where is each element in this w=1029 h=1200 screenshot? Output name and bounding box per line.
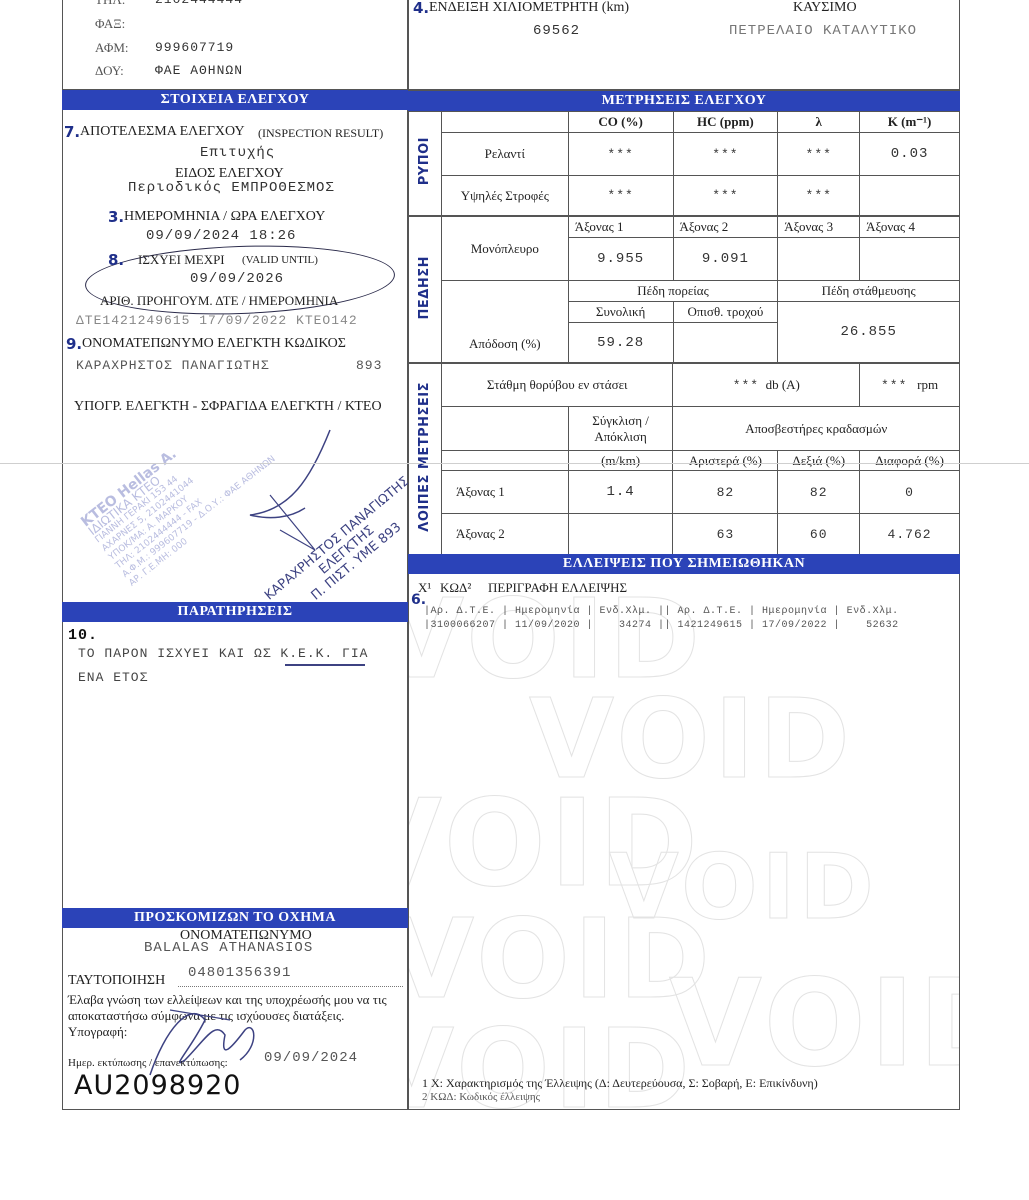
parking-efficiency: 26.855 [778,302,960,363]
odometer-value: 69562 [533,23,580,39]
odometer-label: ΕΝΔΕΙΞΗ ΧΙΛΙΟΜΕΤΡΗΤΗ (km) [429,0,629,16]
high-co: *** [568,176,673,216]
valid-label: ΙΣΧΥΕΙ ΜΕΧΡΙ [138,252,225,268]
total-label: Συνολική [568,302,673,323]
other-measurements-table: ΛΟΙΠΕΣ ΜΕΤΡΗΣΕΙΣ Στάθμη θορύβου εν στάσε… [408,363,960,555]
remarks-line-1: ΤΟ ΠΑΡΟΝ ΙΣΧΥΕΙ ΚΑΙ ΩΣ Κ.Ε.Κ. ΓΙΑ [78,646,368,661]
result-value: Επιτυχής [200,145,275,161]
previous-inspection-label: ΑΡΙΘ. ΠΡΟΗΓΟΥΜ. ΔΤΕ / ΗΜΕΡΟΜΗΝΙΑ [100,293,338,309]
doy-label: ΔΟΥ: [95,63,124,79]
noise-db: *** db (A) [673,364,860,407]
axle-1-alignment: 1.4 [568,471,673,514]
remarks-number: 10. [68,627,98,644]
idle-co: *** [568,133,673,176]
print-date-value: 09/09/2024 [264,1050,358,1066]
single-side-axle-2: 9.091 [673,238,778,281]
serial-number: AU2098920 [74,1070,241,1101]
row-idle-label: Ρελαντί [441,133,568,176]
braking-side-label: ΠΕΔΗΣΗ [409,217,442,363]
result-number: 7. [64,123,80,141]
axle-3-header: Άξονας 3 [778,217,860,238]
presenter-id-value: 04801356391 [188,965,291,981]
inspector-name: ΚΑΡΑΧΡΗΣΤΟΣ ΠΑΝΑΓΙΩΤΗΣ [76,358,270,373]
history-header-row: |Αρ. Δ.Τ.Ε. | Ημερομηνία | Ενδ.Χλμ. || Α… [424,606,899,617]
remarks-header: ΠΑΡΑΤΗΡΗΣΕΙΣ [62,602,408,622]
emissions-table: ΡΥΠΟΙ CO (%) HC (ppm) λ K (m⁻¹) Ρελαντί … [408,111,960,216]
previous-inspection-value: ΔΤΕ1421249615 17/09/2022 ΚΤΕΟ142 [76,313,406,328]
shock-absorbers-label: Αποσβεστήρες κραδασμών [673,407,960,451]
inspector-signature [230,420,350,560]
service-efficiency-total: 59.28 [568,323,673,363]
axle-2-alignment [568,514,673,555]
service-efficiency-rear [673,323,778,363]
odometer-number: 4. [413,0,429,17]
noise-rpm: *** rpm [860,364,960,407]
id-dotted-line [178,986,403,987]
axle-1-shock-diff: 0 [860,471,960,514]
noise-label: Στάθμη θορύβου εν στάσει [441,364,673,407]
single-side-axle-3 [778,238,860,281]
footnote-2: 2 ΚΩΔ: Κωδικός έλλειψης [422,1091,540,1103]
datetime-label: ΗΜΕΡΟΜΗΝΙΑ / ΩΡΑ ΕΛΕΓΧΟΥ [124,209,325,225]
idle-k: 0.03 [860,133,960,176]
result-label: ΑΠΟΤΕΛΕΣΜΑ ΕΛΕΓΧΟΥ [80,124,245,140]
valid-label-en: (VALID UNTIL) [242,254,318,266]
axle-2-shock-diff: 4.762 [860,514,960,555]
row-high-rpm-label: Υψηλές Στροφές [441,176,568,216]
high-k [860,176,960,216]
axle-1-header: Άξονας 1 [568,217,673,238]
axle-1-label: Άξονας 1 [441,471,568,514]
idle-lambda: *** [778,133,860,176]
datetime-value: 09/09/2024 18:26 [146,228,296,244]
axle-2-header: Άξονας 2 [673,217,778,238]
defect-col-code: ΚΩΔ² [440,580,471,596]
inspection-type-value: Περιοδικός ΕΜΠΡΟΘΕΣΜΟΣ [128,180,335,196]
col-co: CO (%) [568,112,673,133]
fold-line [0,463,1029,464]
other-side-label: ΛΟΙΠΕΣ ΜΕΤΡΗΣΕΙΣ [409,364,442,555]
axle-1-shock-right: 82 [778,471,860,514]
result-label-en: (INSPECTION RESULT) [258,126,383,141]
phone-value: 2102444444 [155,0,243,7]
shock-right-header: Δεξιά (%) [778,451,860,471]
axle-2-shock-left: 63 [673,514,778,555]
parking-brake-label: Πέδη στάθμευσης [778,281,960,302]
col-k: K (m⁻¹) [860,112,960,133]
void-watermark: VOID VOID VOID VOID VOID VOID VOID [409,575,959,1109]
measurements-header: ΜΕΤΡΗΣΕΙΣ ΕΛΕΓΧΟΥ [408,91,960,111]
owner-info-box: ΤΗΛ: 2102444444 ΦΑΞ: ΑΦΜ: 999607719 ΔΟΥ:… [62,0,408,90]
history-data-row: |3100066207 | 11/09/2020 | 34274 || 1421… [424,620,899,631]
inspector-number: 9. [66,335,82,353]
single-side-axle-4 [860,238,960,281]
emissions-side-label: ΡΥΠΟΙ [409,112,442,216]
single-side-label: Μονόπλευρο [441,217,568,281]
axle-2-shock-right: 60 [778,514,860,555]
col-lambda: λ [778,112,860,133]
defect-col-description: ΠΕΡΙΓΡΑΦΗ ΕΛΛΕΙΨΗΣ [488,580,627,596]
high-hc: *** [673,176,778,216]
presenter-name-value: BALALAS ATHANASIOS [144,940,313,956]
shock-left-header: Αριστερά (%) [673,451,778,471]
axle-1-shock-left: 82 [673,471,778,514]
valid-number: 8. [108,251,124,269]
idle-hc: *** [673,133,778,176]
alignment-label: Σύγκλιση / Απόκλιση [568,407,673,451]
presenter-header: ΠΡΟΣΚΟΜΙΖΩΝ ΤΟ ΟΧΗΜΑ [62,908,408,928]
defects-header: ΕΛΛΕΙΨΕΙΣ ΠΟΥ ΣΗΜΕΙΩΘΗΚΑΝ [408,554,960,574]
shock-diff-header: Διαφορά (%) [860,451,960,471]
inspector-label: ΟΝΟΜΑΤΕΠΩΝΥΜΟ ΕΛΕΓΚΤΗ ΚΩΔΙΚΟΣ [82,336,346,352]
alignment-unit: (m/km) [568,451,673,471]
single-side-axle-1: 9.955 [568,238,673,281]
efficiency-label: Απόδοση (%) [441,281,568,363]
print-date-label: Ημερ. εκτύπωσης / επανεκτύπωσης: [68,1057,228,1069]
fuel-value: ΠΕΤΡΕΛΑΙΟ ΚΑΤΑΛΥΤΙΚΟ [729,23,917,39]
rear-wheel-label: Οπισθ. τροχού [673,302,778,323]
col-hc: HC (ppm) [673,112,778,133]
datetime-number: 3. [108,208,124,226]
fax-label: ΦΑΞ: [95,16,125,32]
fuel-label: ΚΑΥΣΙΜΟ [793,0,857,16]
inspector-code: 893 [356,358,382,373]
doy-value: ΦΑΕ ΑΘΗΝΩΝ [155,63,243,78]
presenter-id-label: ΤΑΥΤΟΠΟΙΗΣΗ [68,973,165,989]
braking-table: ΠΕΔΗΣΗ Μονόπλευρο Άξονας 1 Άξονας 2 Άξον… [408,216,960,363]
table-row: Άξονας 2 63 60 4.762 [409,514,960,555]
table-row: Άξονας 1 1.4 82 82 0 [409,471,960,514]
high-lambda: *** [778,176,860,216]
afm-label: ΑΦΜ: [95,40,129,56]
afm-value: 999607719 [155,40,234,55]
remarks-line-2: ΕΝΑ ΕΤΟΣ [78,670,148,685]
valid-until-value: 09/09/2026 [190,271,284,287]
axle-2-label: Άξονας 2 [441,514,568,555]
odometer-fuel-box: 4. ΕΝΔΕΙΞΗ ΧΙΛΙΟΜΕΤΡΗΤΗ (km) 69562 ΚΑΥΣΙ… [408,0,960,90]
axle-4-header: Άξονας 4 [860,217,960,238]
footnote-1: 1 Χ: Χαρακτηρισμός της Έλλειψης (Δ: Δευτ… [422,1076,818,1091]
underline-mark [285,664,365,666]
service-brake-label: Πέδη πορείας [568,281,778,302]
inspection-details-header: ΣΤΟΙΧΕΙΑ ΕΛΕΓΧΟΥ [62,90,408,110]
phone-label: ΤΗΛ: [95,0,125,8]
presenter-signature-label: Υπογραφή: [68,1024,127,1040]
